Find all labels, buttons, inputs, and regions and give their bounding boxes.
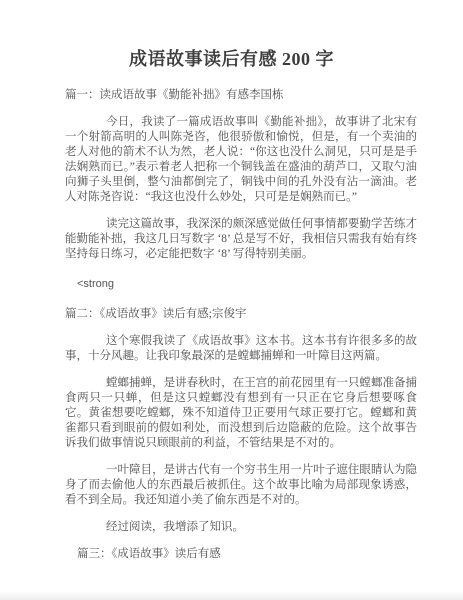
section-heading-3: 篇三：《成语故事》读后有感 (65, 547, 417, 562)
document-body: 篇一：读成语故事《勤能补拙》有感李国栋 今日，我读了一篇成语故事叫《勤能补拙》，… (65, 88, 417, 562)
stray-html-tag-text: <strong (65, 277, 417, 292)
paragraph-intro-2: 这个寒假我读了《成语故事》这本书。这本书有许很多多的故事，十分风趣。让我印象最深… (65, 334, 417, 364)
section-heading-2: 篇二：《成语故事》读后有感;宗俊宇 (65, 307, 417, 322)
section-heading-1: 篇一：读成语故事《勤能补拙》有感李国栋 (65, 88, 417, 103)
paragraph-mantis-story: 螳螂捕蝉，是讲春秋时，在王宫的前花园里有一只螳螂准备捕食两只一只蝉，但是这只螳螂… (65, 376, 417, 451)
paragraph-reflection-1: 读完这篇故事，我深深的颇深感觉做任何事情都要勤学苦练才能勤能补拙，我这几日写数字… (65, 217, 417, 262)
document-page: 成语故事读后有感 200 字 篇一：读成语故事《勤能补拙》有感李国栋 今日，我读… (0, 0, 463, 600)
paragraph-story-1: 今日，我读了一篇成语故事叫《勤能补拙》，故事讲了北宋有一个射箭高明的人叫陈尧咨，… (65, 115, 417, 205)
paragraph-leaf-story: 一叶障目，是讲古代有一个穷书生用一片叶子遮住眼睛认为隐身了而去偷他人的东西最后被… (65, 463, 417, 508)
document-title: 成语故事读后有感 200 字 (0, 0, 463, 71)
paragraph-conclusion-2: 经过阅读，我增添了知识。 (65, 520, 417, 535)
